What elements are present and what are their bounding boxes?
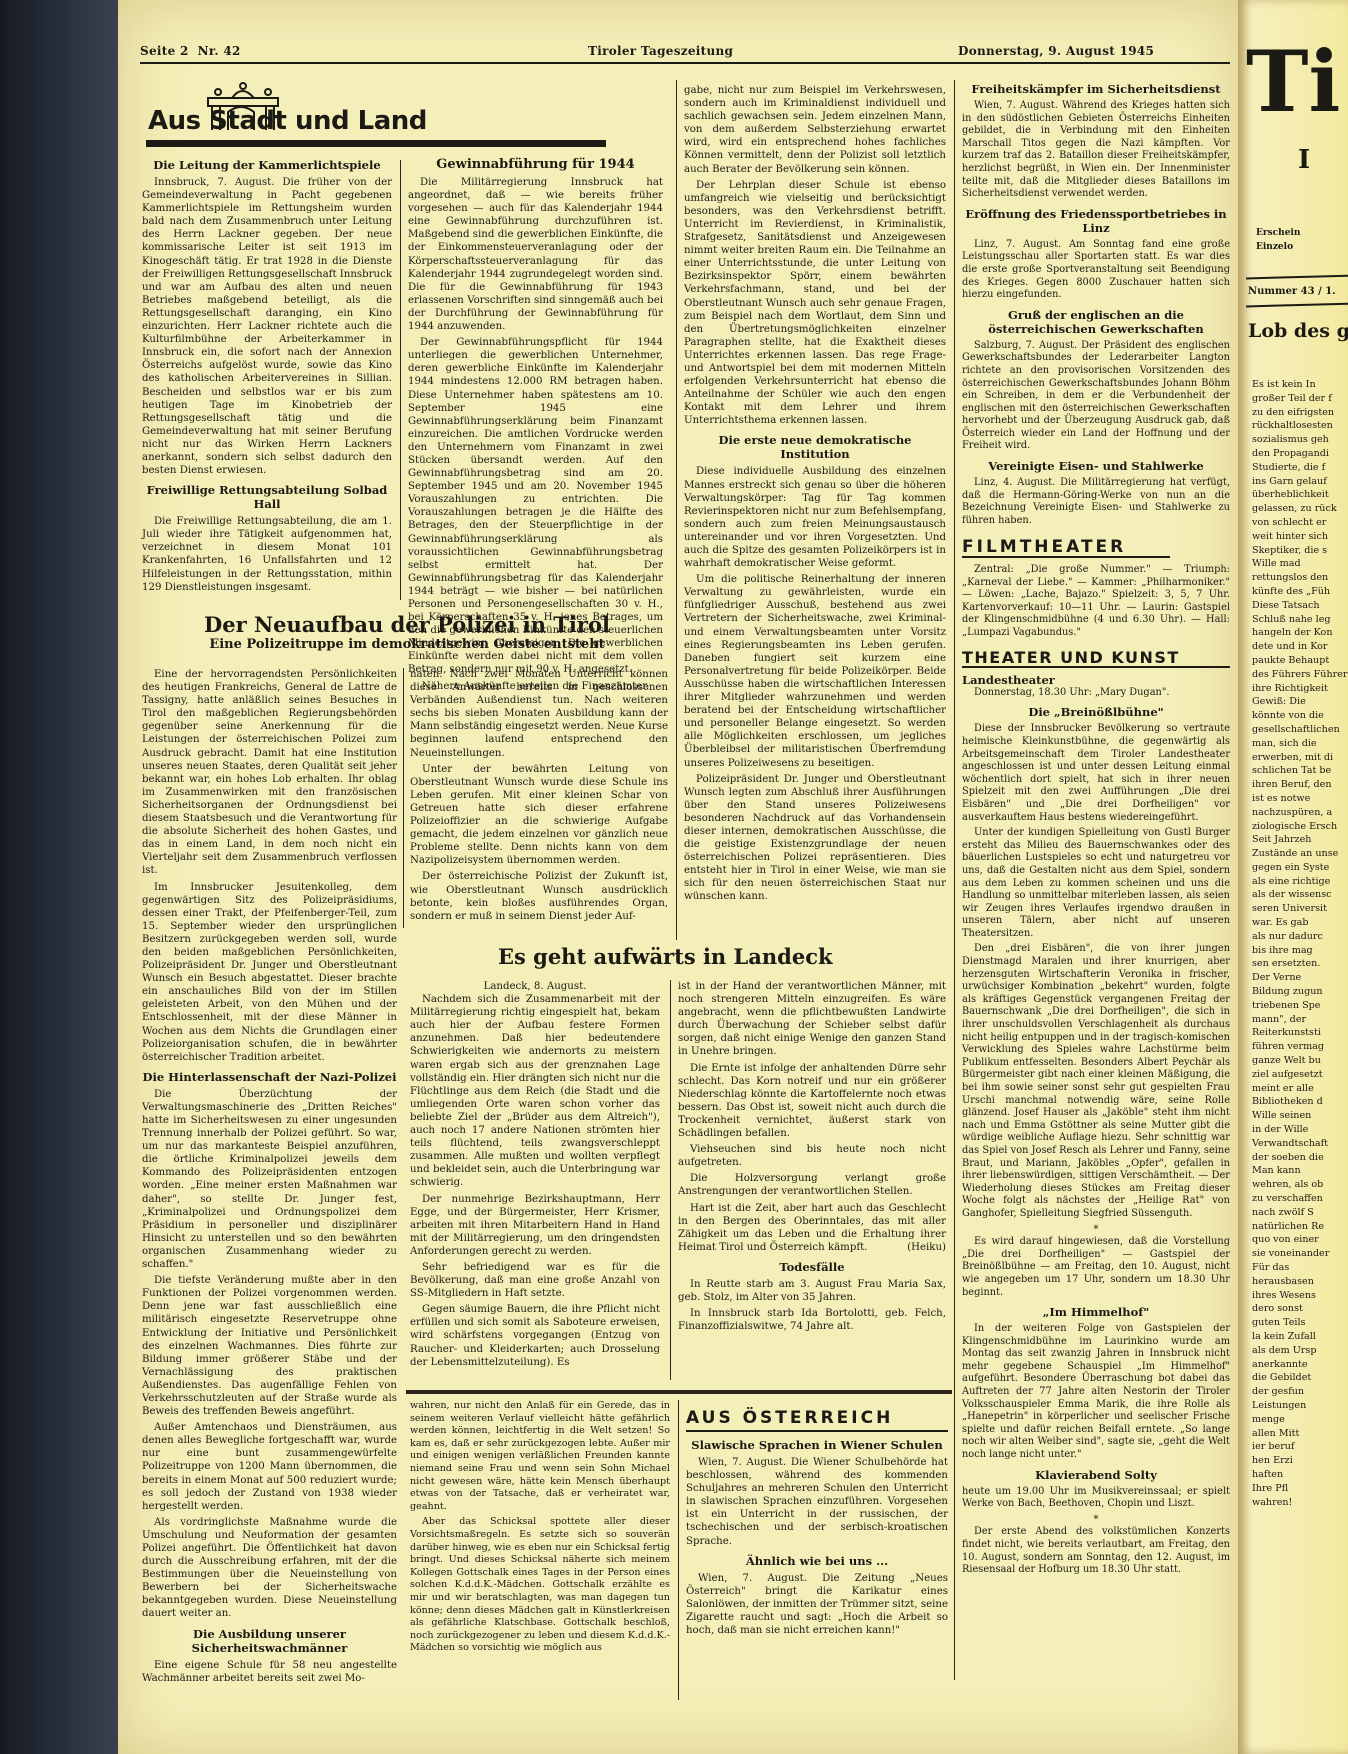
article-landeck-col2: ist in der Hand der verantwortlichen Män… <box>678 980 946 1336</box>
next-page-line: Reiterkunststi <box>1252 1026 1348 1040</box>
next-page-line: den Propagandi <box>1252 447 1348 461</box>
newspaper-page: Seite 2 Nr. 42 Tiroler Tageszeitung Donn… <box>118 0 1238 1754</box>
next-page-line: la kein Zufall <box>1252 1330 1348 1344</box>
next-page-line: rettungslos den <box>1252 571 1348 585</box>
next-page-line: ihre Richtigkeit <box>1252 682 1348 696</box>
next-page-line: erwerben, mit di <box>1252 751 1348 765</box>
next-page-line: allen Mitt <box>1252 1427 1348 1441</box>
next-page-line: Der Verne <box>1252 971 1348 985</box>
next-page-line: gesellschaftlichen <box>1252 723 1348 737</box>
next-page-line: könnte von die <box>1252 709 1348 723</box>
next-page-line: haften <box>1252 1468 1348 1482</box>
next-page-line: dete und in Kor <box>1252 640 1348 654</box>
next-page-line: Man kann <box>1252 1164 1348 1178</box>
next-page-line: Ihre Pfl <box>1252 1482 1348 1496</box>
paper-title: Tiroler Tageszeitung <box>588 44 733 58</box>
next-page-line: mann", der <box>1252 1013 1348 1027</box>
next-page-edge: Ti I Erschein Einzelo Nummer 43 / 1. Lob… <box>1238 0 1348 1754</box>
next-page-line: Für das <box>1252 1261 1348 1275</box>
article-polizei-col2: naten. Nach zwei Monaten Unterricht könn… <box>410 668 668 926</box>
theater-heading: THEATER UND KUNST <box>962 652 1230 669</box>
next-page-line: natürlichen Re <box>1252 1220 1348 1234</box>
next-page-line: großer Teil der f <box>1252 392 1348 406</box>
next-page-line: nach zwölf S <box>1252 1206 1348 1220</box>
article-landeck-col1: Landeck, 8. August. Nachdem sich die Zus… <box>410 980 660 1372</box>
next-page-line: zu verschaffen <box>1252 1192 1348 1206</box>
article-kammerlichtspiele: Die Leitung der Kammerlichtspiele Innsbr… <box>142 152 392 597</box>
next-page-line: meint er alle <box>1252 1082 1348 1096</box>
next-page-line: des Führers Führer <box>1252 668 1348 682</box>
next-page-line: bis ihre mag <box>1252 944 1348 958</box>
article-polizei-col1: Eine der hervorragendsten Persönlichkeit… <box>142 668 397 1688</box>
next-page-line: Wille seinen <box>1252 1109 1348 1123</box>
next-page-line: ziel aufgesetzt <box>1252 1068 1348 1082</box>
book-binding <box>0 0 120 1754</box>
next-page-line: der soeben die <box>1252 1151 1348 1165</box>
next-page-line: nachzuspüren, a <box>1252 806 1348 820</box>
next-page-line: ihres Wesens <box>1252 1289 1348 1303</box>
next-page-line: ihren Beruf, den <box>1252 778 1348 792</box>
next-page-line: ier beruf <box>1252 1440 1348 1454</box>
next-page-line: als der wissensc <box>1252 888 1348 902</box>
next-page-line: seren Universit <box>1252 902 1348 916</box>
filmtheater-heading: FILMTHEATER <box>962 541 1170 558</box>
next-page-line: ist es notwe <box>1252 792 1348 806</box>
next-page-line: hangeln der Kon <box>1252 626 1348 640</box>
next-page-line: als nur dadurc <box>1252 930 1348 944</box>
next-page-line: weit hinter sich <box>1252 530 1348 544</box>
next-page-line: Bildung zugun <box>1252 985 1348 999</box>
next-page-line: ziologische Ersch <box>1252 820 1348 834</box>
next-page-line: Bibliotheken d <box>1252 1095 1348 1109</box>
next-page-line: triebenen Spe <box>1252 999 1348 1013</box>
next-page-line: Leistungen <box>1252 1399 1348 1413</box>
next-page-line: dero sonst <box>1252 1302 1348 1316</box>
next-page-line: Diese Tatsach <box>1252 599 1348 613</box>
next-page-line: hen Erzi <box>1252 1454 1348 1468</box>
next-page-line: gegen ein Syste <box>1252 861 1348 875</box>
next-page-line: sen ersetzten. <box>1252 957 1348 971</box>
masthead-fragment: Ti <box>1246 40 1340 124</box>
next-page-line: von schlecht er <box>1252 516 1348 530</box>
article-polizei-col3: gabe, nicht nur zum Beispiel im Verkehrs… <box>684 84 946 907</box>
next-page-line: Gewiß: Die <box>1252 695 1348 709</box>
next-page-line: anerkannte <box>1252 1358 1348 1372</box>
next-page-line: paukte Behaupt <box>1252 654 1348 668</box>
section-banner: Aus Stadt und Land <box>140 80 610 150</box>
next-page-line: ins Garn gelauf <box>1252 475 1348 489</box>
issue-date: Donnerstag, 9. August 1945 <box>958 44 1154 58</box>
next-page-line: Schluß nahe leg <box>1252 613 1348 627</box>
next-page-line: quo von einer <box>1252 1233 1348 1247</box>
banner-underline <box>146 140 606 147</box>
next-page-line: man, sich die <box>1252 737 1348 751</box>
next-page-line: rückhaltlosesten <box>1252 419 1348 433</box>
next-page-line: überheblichkeit <box>1252 488 1348 502</box>
next-page-line: der gesfun <box>1252 1385 1348 1399</box>
next-page-line: Es ist kein In <box>1252 378 1348 392</box>
section-divider <box>406 1390 952 1394</box>
next-page-line: guten Teils <box>1252 1316 1348 1330</box>
column-4: Freiheitskämpfer im Sicherheitsdienst Wi… <box>962 76 1230 1580</box>
next-page-line: als eine richtige <box>1252 875 1348 889</box>
next-page-line: führen vermag <box>1252 1040 1348 1054</box>
next-page-line: sie voneinander <box>1252 1247 1348 1261</box>
next-page-line: in der Wille <box>1252 1123 1348 1137</box>
next-page-line: Verwandtschaft <box>1252 1137 1348 1151</box>
landeck-headline: Es geht aufwärts in Landeck <box>408 944 1038 969</box>
next-page-line: Seit Jahrzeh <box>1252 833 1348 847</box>
next-page-line: wehren, als ob <box>1252 1178 1348 1192</box>
aus-oesterreich-section: AUS ÖSTERREICH Slawische Sprachen in Wie… <box>686 1408 948 1640</box>
next-page-line: Wille mad <box>1252 557 1348 571</box>
next-page-line: die Gebildet <box>1252 1371 1348 1385</box>
next-page-line: gelassen, zu rück <box>1252 502 1348 516</box>
polizei-headline: Der Neuaufbau der Polizei in Tirol Eine … <box>142 612 672 652</box>
author-signature: (Heiku) <box>895 1241 946 1254</box>
feuilleton-story: wahren, nur nicht den Anlaß für ein Gere… <box>410 1400 670 1658</box>
header-rule <box>140 62 1230 64</box>
next-page-line: war. Es gab <box>1252 916 1348 930</box>
next-page-line: künfte des „Füh <box>1252 585 1348 599</box>
next-page-line: schlichen Tat be <box>1252 764 1348 778</box>
page-number: Seite 2 Nr. 42 <box>140 44 241 58</box>
next-page-line: herausbasen <box>1252 1275 1348 1289</box>
next-page-line: zu den eifrigsten <box>1252 406 1348 420</box>
next-page-text: Es ist kein Ingroßer Teil der fzu den ei… <box>1252 378 1348 1509</box>
next-page-line: Studierte, die f <box>1252 461 1348 475</box>
next-page-line: Zustände an unse <box>1252 847 1348 861</box>
next-page-line: Skeptiker, die s <box>1252 544 1348 558</box>
next-page-line: wahren! <box>1252 1496 1348 1510</box>
next-page-line: sozialismus geh <box>1252 433 1348 447</box>
next-page-line: als dem Ursp <box>1252 1344 1348 1358</box>
next-page-line: ganze Welt bu <box>1252 1054 1348 1068</box>
next-page-line: menge <box>1252 1413 1348 1427</box>
